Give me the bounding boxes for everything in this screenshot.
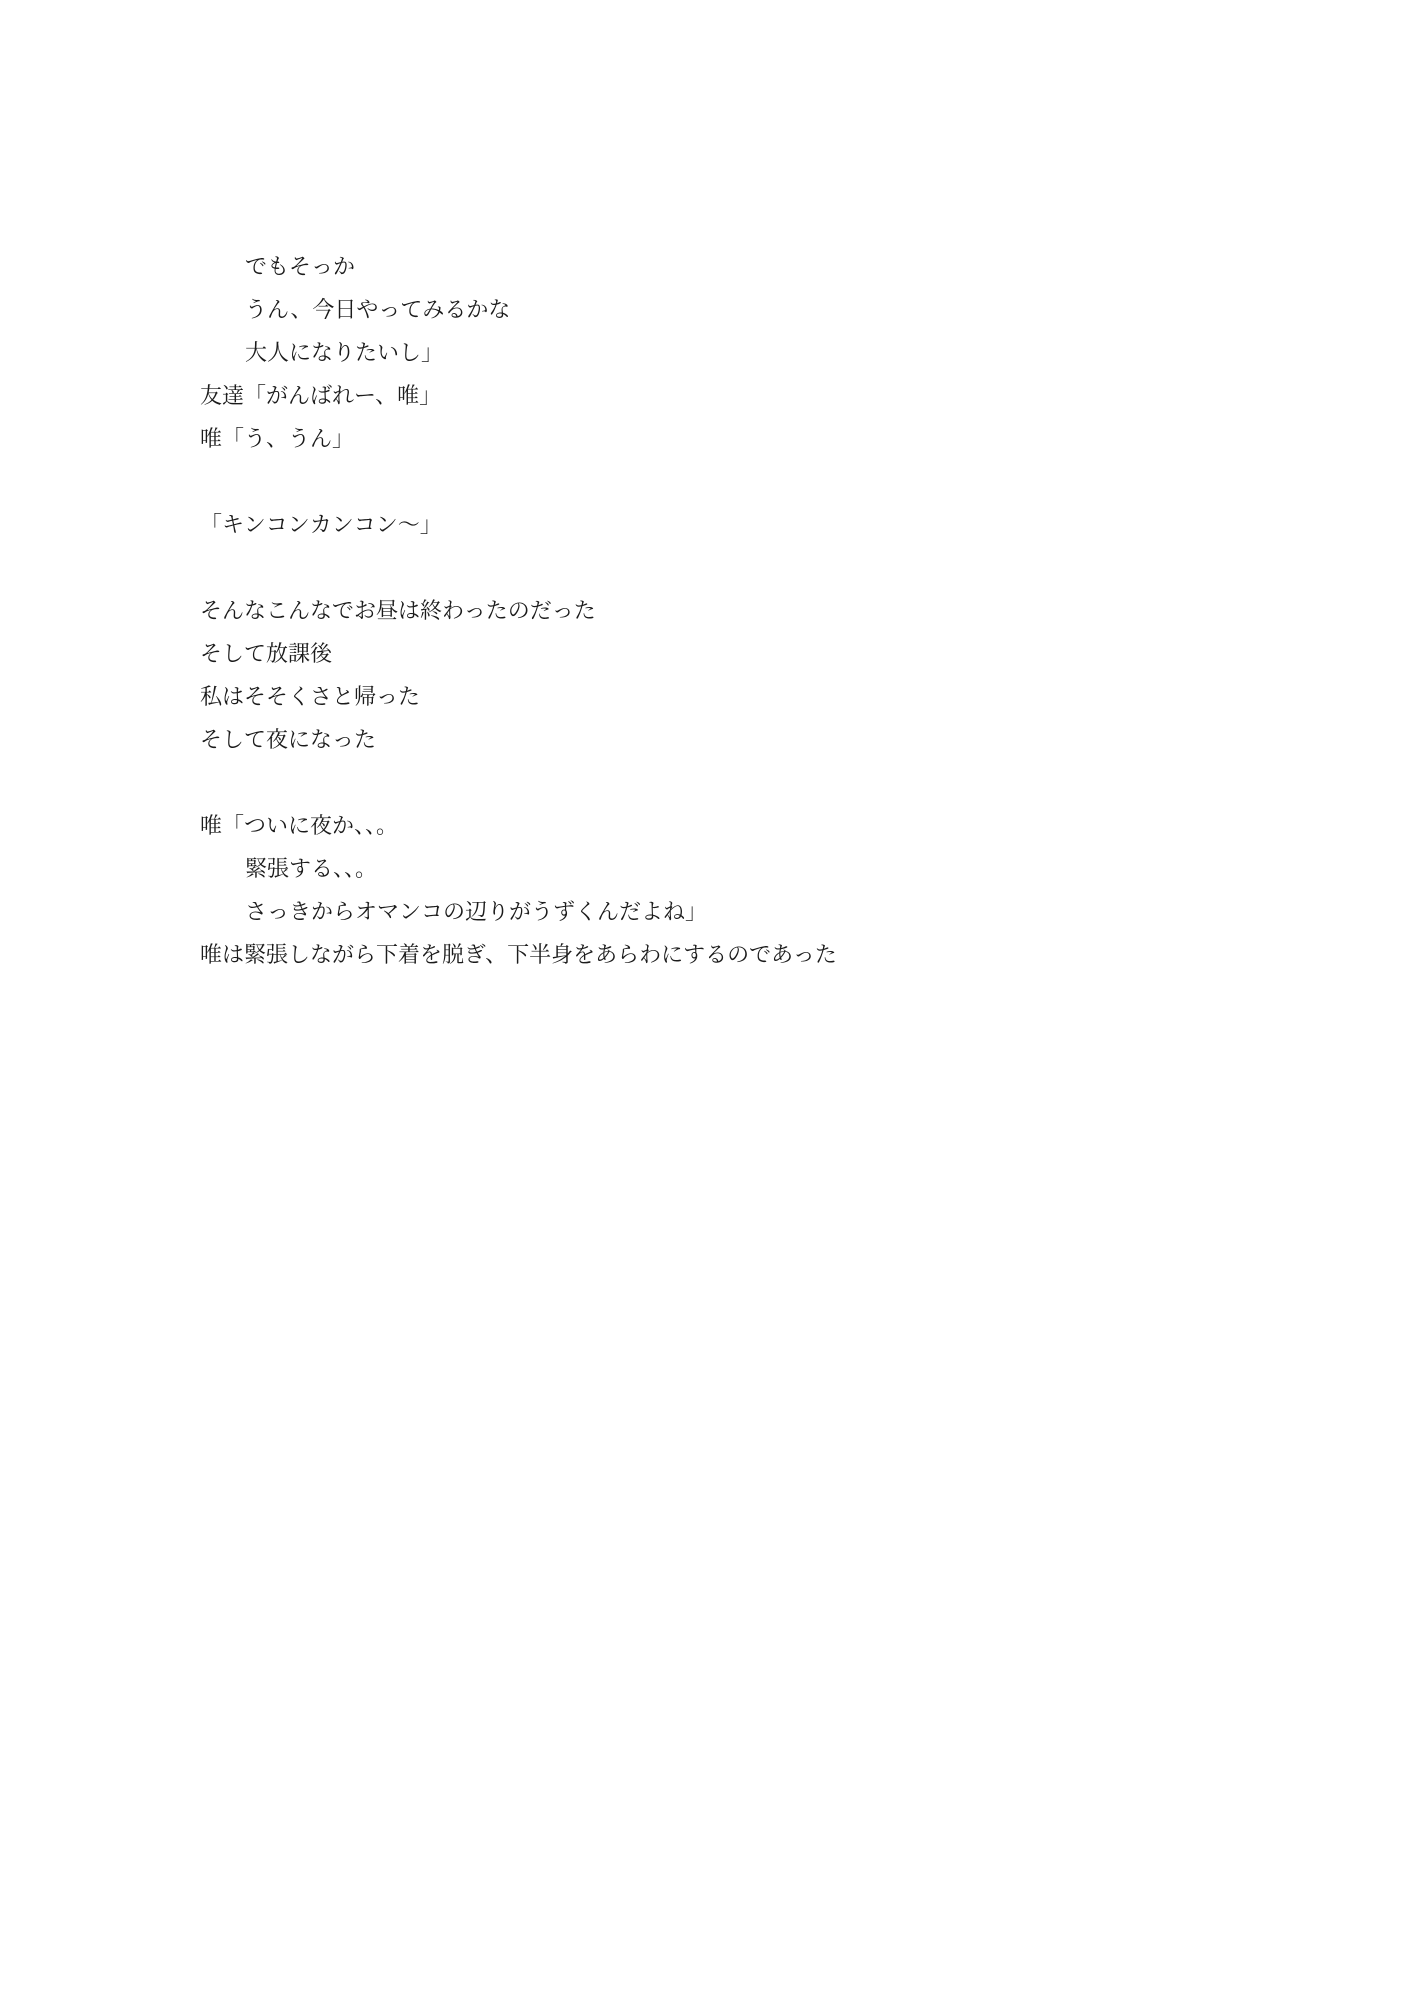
text-line: そして放課後 — [200, 632, 1354, 675]
text-line: 私はそそくさと帰った — [200, 675, 1354, 718]
text-line: 唯「う、うん」 — [200, 417, 1354, 460]
blank-line — [200, 460, 1354, 503]
text-line: 緊張する、、。 — [200, 847, 1354, 890]
text-line: 唯「ついに夜か、、。 — [200, 804, 1354, 847]
text-line: 「キンコンカンコン〜」 — [200, 503, 1354, 546]
text-block: でもそっかうん、今日やってみるかな大人になりたいし」友達「がんばれー、唯」唯「う… — [200, 245, 1354, 976]
text-line: うん、今日やってみるかな — [200, 288, 1354, 331]
text-line: でもそっか — [200, 245, 1354, 288]
blank-line — [200, 546, 1354, 589]
text-line: さっきからオマンコの辺りがうずくんだよね」 — [200, 890, 1354, 933]
text-line: そんなこんなでお昼は終わったのだった — [200, 589, 1354, 632]
blank-line — [200, 761, 1354, 804]
document-page: でもそっかうん、今日やってみるかな大人になりたいし」友達「がんばれー、唯」唯「う… — [0, 0, 1414, 2000]
text-line: そして夜になった — [200, 718, 1354, 761]
text-line: 唯は緊張しながら下着を脱ぎ、下半身をあらわにするのであった — [200, 933, 1354, 976]
text-line: 大人になりたいし」 — [200, 331, 1354, 374]
text-line: 友達「がんばれー、唯」 — [200, 374, 1354, 417]
